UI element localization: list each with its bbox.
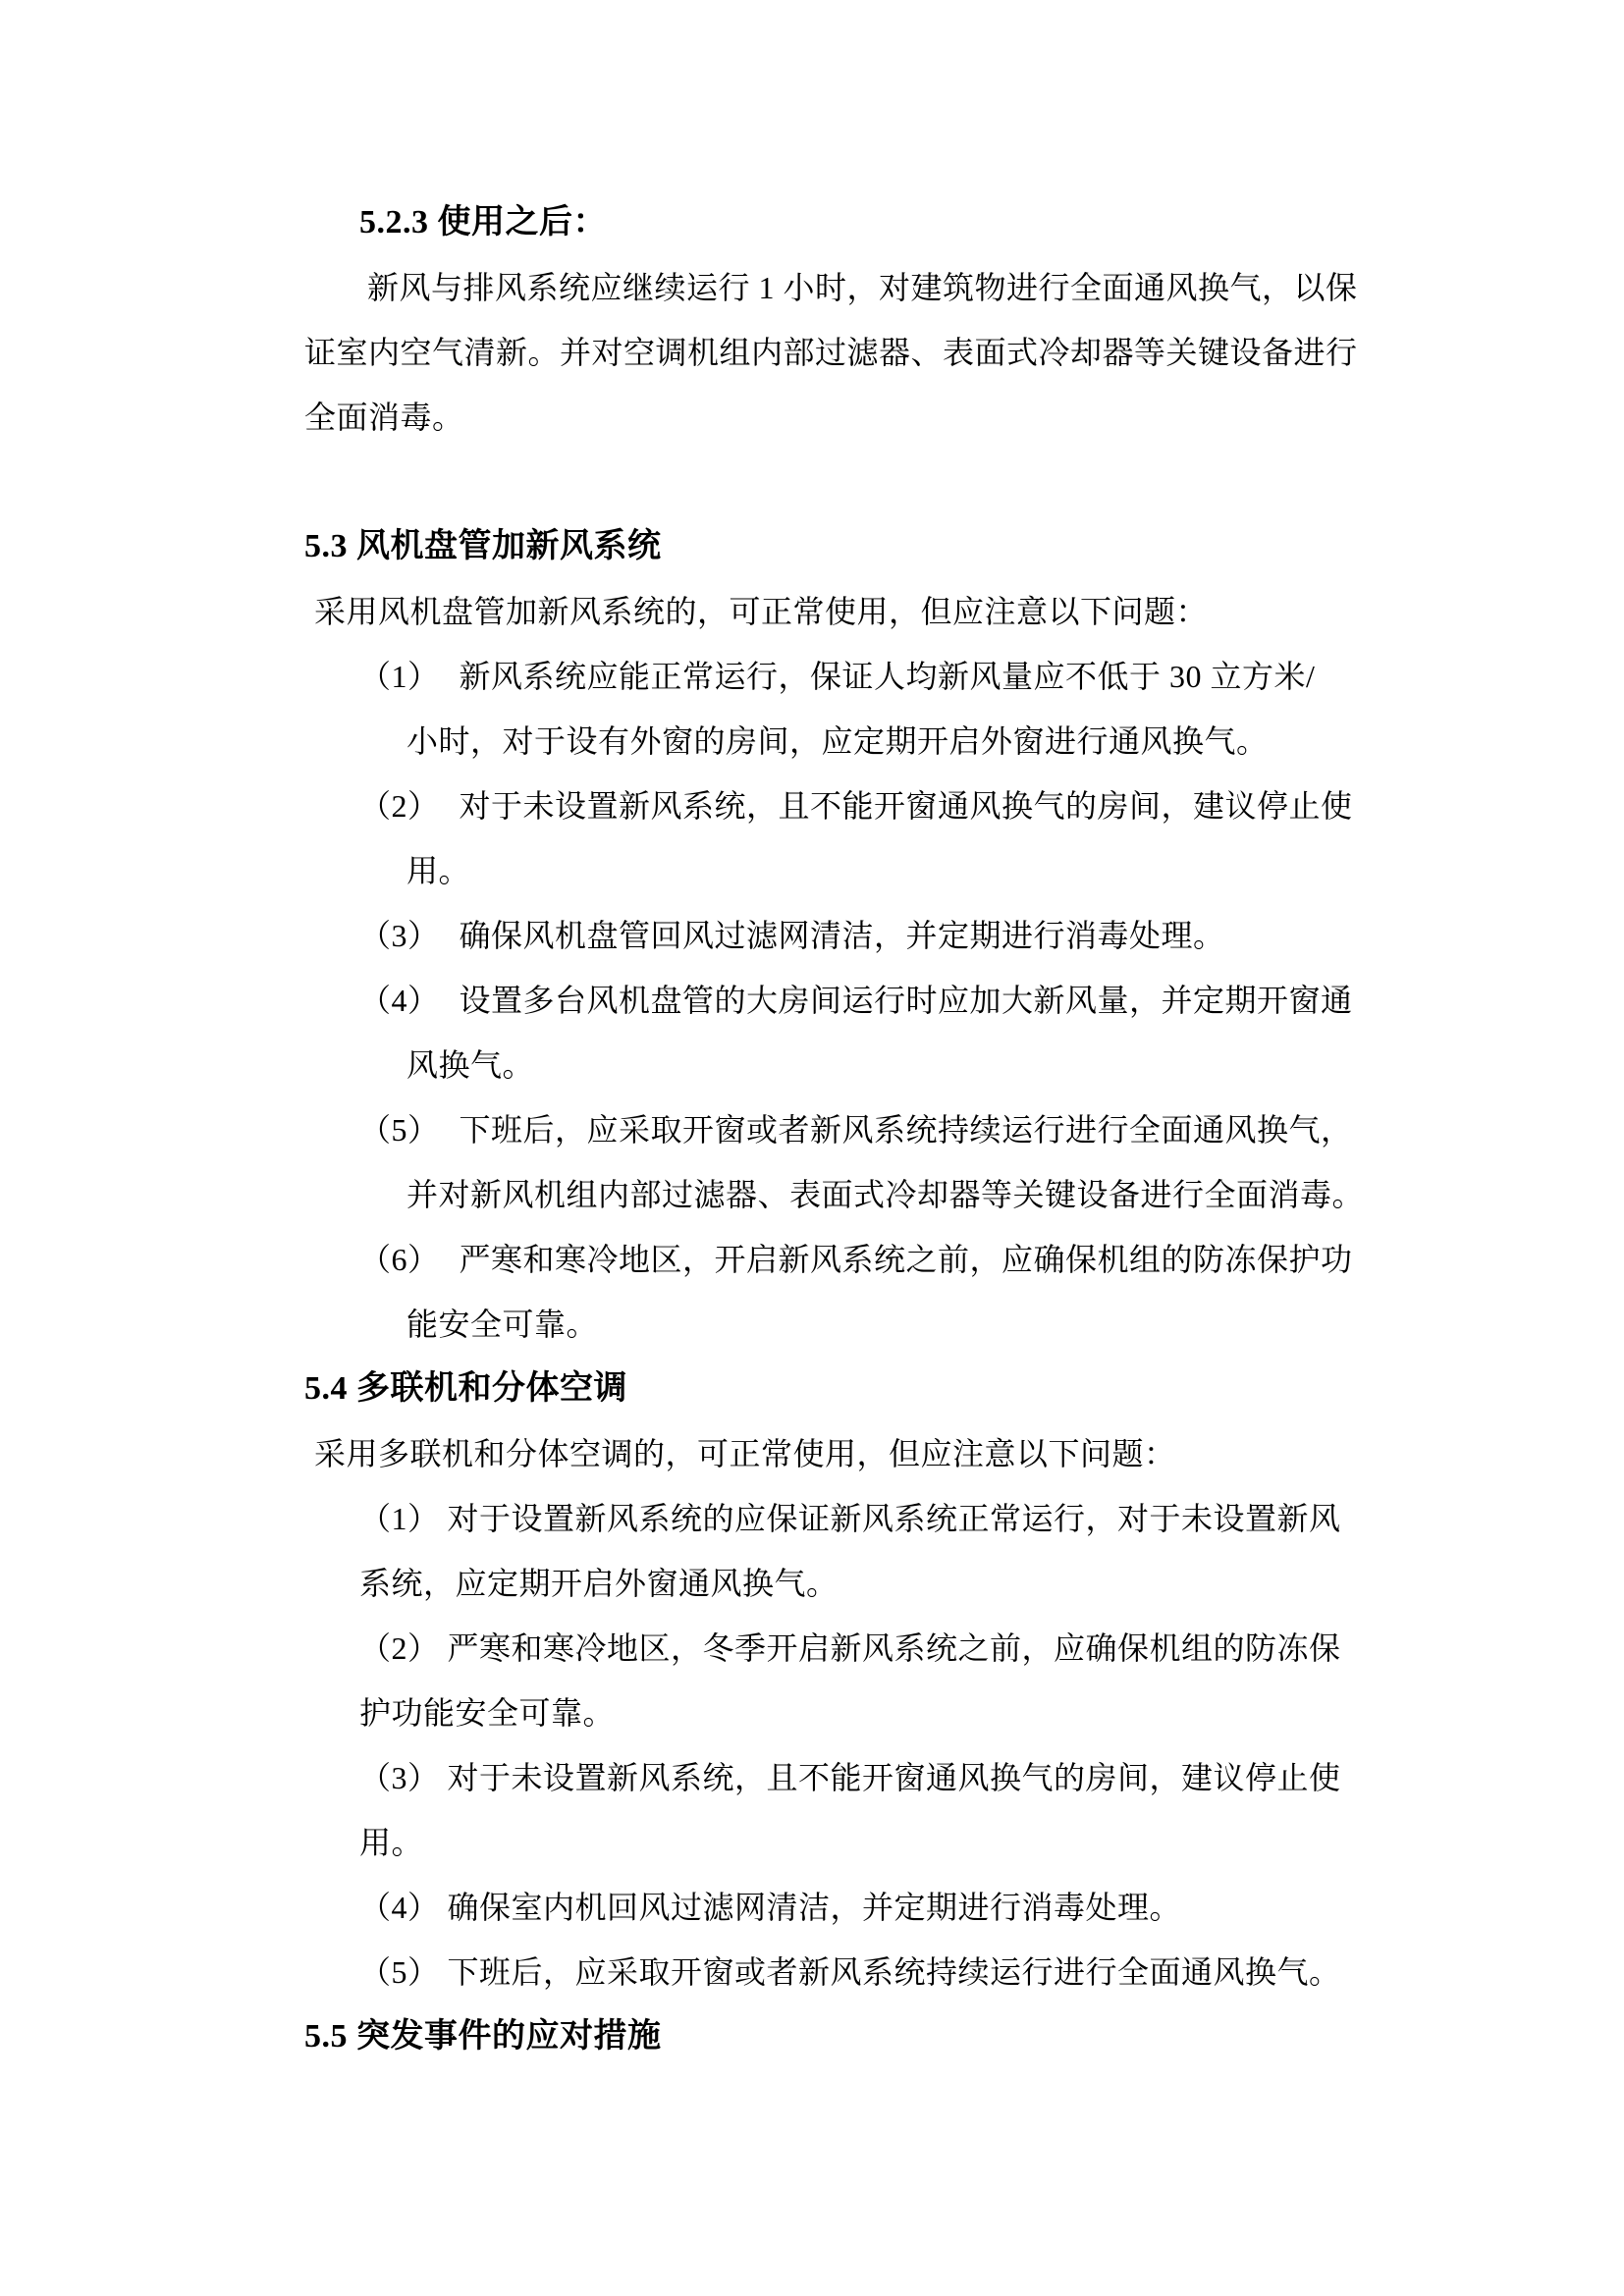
heading-5-3: 5.3 风机盘管加新风系统 [304,514,1394,579]
list-item-continuation-line: 护功能安全可靠。 [304,1681,1394,1745]
list-item-marker: （1） [359,1501,440,1536]
list-item-marker: （2） [359,1630,440,1666]
heading-5-2-3: 5.2.3 使用之后： [304,190,1394,255]
list-item-text: 对于设置新风系统的应保证新风系统正常运行，对于未设置新风 [448,1501,1341,1536]
list-item-first-line: （3）对于未设置新风系统，且不能开窗通风换气的房间，建议停止使 [304,1745,1394,1810]
body-line: 新风与排风系统应继续运行 1 小时，对建筑物进行全面通风换气，以保 [304,255,1394,320]
list-item-marker: （2） [359,788,440,824]
list-item-first-line: （6）严寒和寒冷地区，开启新风系统之前，应确保机组的防冻保护功 [304,1227,1394,1292]
list-item-text: 严寒和寒冷地区，开启新风系统之前，应确保机组的防冻保护功 [460,1242,1353,1277]
heading-5-4: 5.4 多联机和分体空调 [304,1357,1394,1421]
list-item-first-line: （2）对于未设置新风系统，且不能开窗通风换气的房间，建议停止使 [304,774,1394,838]
section-intro-line: 采用风机盘管加新风系统的，可正常使用，但应注意以下问题： [304,579,1394,644]
list-item-continuation-line: 能安全可靠。 [304,1292,1394,1357]
list-item-first-line: （4）设置多台风机盘管的大房间运行时应加大新风量，并定期开窗通 [304,968,1394,1033]
list-item-marker: （6） [359,1242,440,1277]
list-item-marker: （3） [359,918,440,953]
list-item-marker: （5） [359,1112,440,1148]
list-item-text: 确保风机盘管回风过滤网清洁，并定期进行消毒处理。 [460,918,1225,953]
list-item-marker: （4） [359,983,440,1018]
list-item-first-line: （1）对于设置新风系统的应保证新风系统正常运行，对于未设置新风 [304,1486,1394,1551]
document-content: 5.2.3 使用之后： 新风与排风系统应继续运行 1 小时，对建筑物进行全面通风… [304,190,1394,2069]
blank-line [304,450,1394,514]
list-item-text: 新风系统应能正常运行，保证人均新风量应不低于 30 立方米/ [460,659,1316,694]
list-item-continuation-line: 用。 [304,1810,1394,1875]
list-item-continuation-line: 系统，应定期开启外窗通风换气。 [304,1551,1394,1616]
list-item-marker: （1） [359,659,440,694]
list-item-continuation-line: 风换气。 [304,1033,1394,1097]
list-item-continuation-line: 用。 [304,838,1394,903]
list-item-first-line: （5）下班后，应采取开窗或者新风系统持续运行进行全面通风换气， [304,1097,1394,1162]
list-item-marker: （3） [359,1760,440,1795]
document-page: 5.2.3 使用之后： 新风与排风系统应继续运行 1 小时，对建筑物进行全面通风… [0,0,1624,2296]
list-item-text: 对于未设置新风系统，且不能开窗通风换气的房间，建议停止使 [448,1760,1341,1795]
list-item-text: 确保室内机回风过滤网清洁，并定期进行消毒处理。 [448,1890,1182,1925]
list-item-first-line: （1）新风系统应能正常运行，保证人均新风量应不低于 30 立方米/ [304,644,1394,709]
list-item-first-line: （5）下班后，应采取开窗或者新风系统持续运行进行全面通风换气。 [304,1940,1394,2004]
heading-5-5: 5.5 突发事件的应对措施 [304,2004,1394,2069]
list-item-text: 对于未设置新风系统，且不能开窗通风换气的房间，建议停止使 [460,788,1353,824]
list-item-first-line: （3）确保风机盘管回风过滤网清洁，并定期进行消毒处理。 [304,903,1394,968]
list-item-text: 下班后，应采取开窗或者新风系统持续运行进行全面通风换气。 [448,1954,1341,1990]
list-item-text: 设置多台风机盘管的大房间运行时应加大新风量，并定期开窗通 [460,983,1353,1018]
list-item-first-line: （2）严寒和寒冷地区，冬季开启新风系统之前，应确保机组的防冻保 [304,1616,1394,1681]
list-item-continuation-line: 小时，对于设有外窗的房间，应定期开启外窗进行通风换气。 [304,709,1394,774]
body-line: 证室内空气清新。并对空调机组内部过滤器、表面式冷却器等关键设备进行 [304,320,1394,385]
list-item-marker: （5） [359,1954,440,1990]
list-item-text: 下班后，应采取开窗或者新风系统持续运行进行全面通风换气， [460,1112,1353,1148]
section-intro-line: 采用多联机和分体空调的，可正常使用，但应注意以下问题： [304,1421,1394,1486]
list-item-first-line: （4）确保室内机回风过滤网清洁，并定期进行消毒处理。 [304,1875,1394,1940]
list-item-marker: （4） [359,1890,440,1925]
list-item-continuation-line: 并对新风机组内部过滤器、表面式冷却器等关键设备进行全面消毒。 [304,1162,1394,1227]
body-line: 全面消毒。 [304,385,1394,450]
list-item-text: 严寒和寒冷地区，冬季开启新风系统之前，应确保机组的防冻保 [448,1630,1341,1666]
